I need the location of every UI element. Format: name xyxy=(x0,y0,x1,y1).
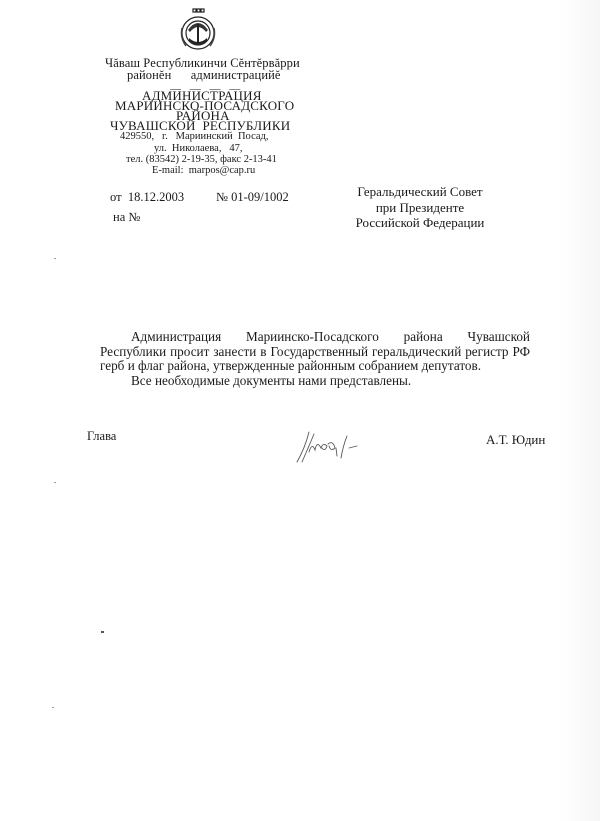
number-value: 01-09/1002 xyxy=(231,190,289,204)
scan-speck xyxy=(54,258,56,259)
addressee-line-1: Геральдический Совет xyxy=(345,184,495,200)
addressee-line-2: при Президенте xyxy=(345,200,495,216)
outgoing-date: от 18.12.2003 xyxy=(110,190,184,205)
scan-shadow xyxy=(560,0,600,821)
outgoing-number: № 01-09/1002 xyxy=(216,190,289,205)
handwritten-signature-icon xyxy=(295,428,370,466)
chuvash-org-line-2: районĕн администрацийĕ xyxy=(127,68,281,83)
phone-fax-line: тел. (83542) 2-19-35, факс 2-13-41 xyxy=(126,154,277,165)
addressee-block: Геральдический Совет при Президенте Росс… xyxy=(345,184,495,231)
date-label: от xyxy=(110,190,122,204)
scan-speck xyxy=(54,482,56,483)
letter-body: Администрация Мариинско-Посадского район… xyxy=(100,330,530,388)
address-line-2: ул. Николаева, 47, xyxy=(154,143,242,154)
address-line-1: 429550, г. Мариинский Посад, xyxy=(120,131,269,142)
reply-reference: на № xyxy=(113,210,140,225)
signatory-name: А.Т. Юдин xyxy=(486,432,545,448)
addressee-line-3: Российской Федерации xyxy=(345,215,495,231)
email-line: E-mail: marpos@cap.ru xyxy=(152,165,255,176)
scan-speck xyxy=(52,707,54,708)
number-label: № xyxy=(216,190,228,204)
date-value: 18.12.2003 xyxy=(128,190,184,204)
body-paragraph-2: Все необходимые документы нами представл… xyxy=(100,374,530,389)
chuvash-republic-emblem-icon xyxy=(178,8,218,54)
scan-speck xyxy=(101,631,104,633)
letter-page: Чăваш Республикинчи Сĕнтĕрвăрри районĕн … xyxy=(0,0,600,821)
body-paragraph-1: Администрация Мариинско-Посадского район… xyxy=(100,330,530,374)
signatory-title: Глава xyxy=(87,429,116,444)
